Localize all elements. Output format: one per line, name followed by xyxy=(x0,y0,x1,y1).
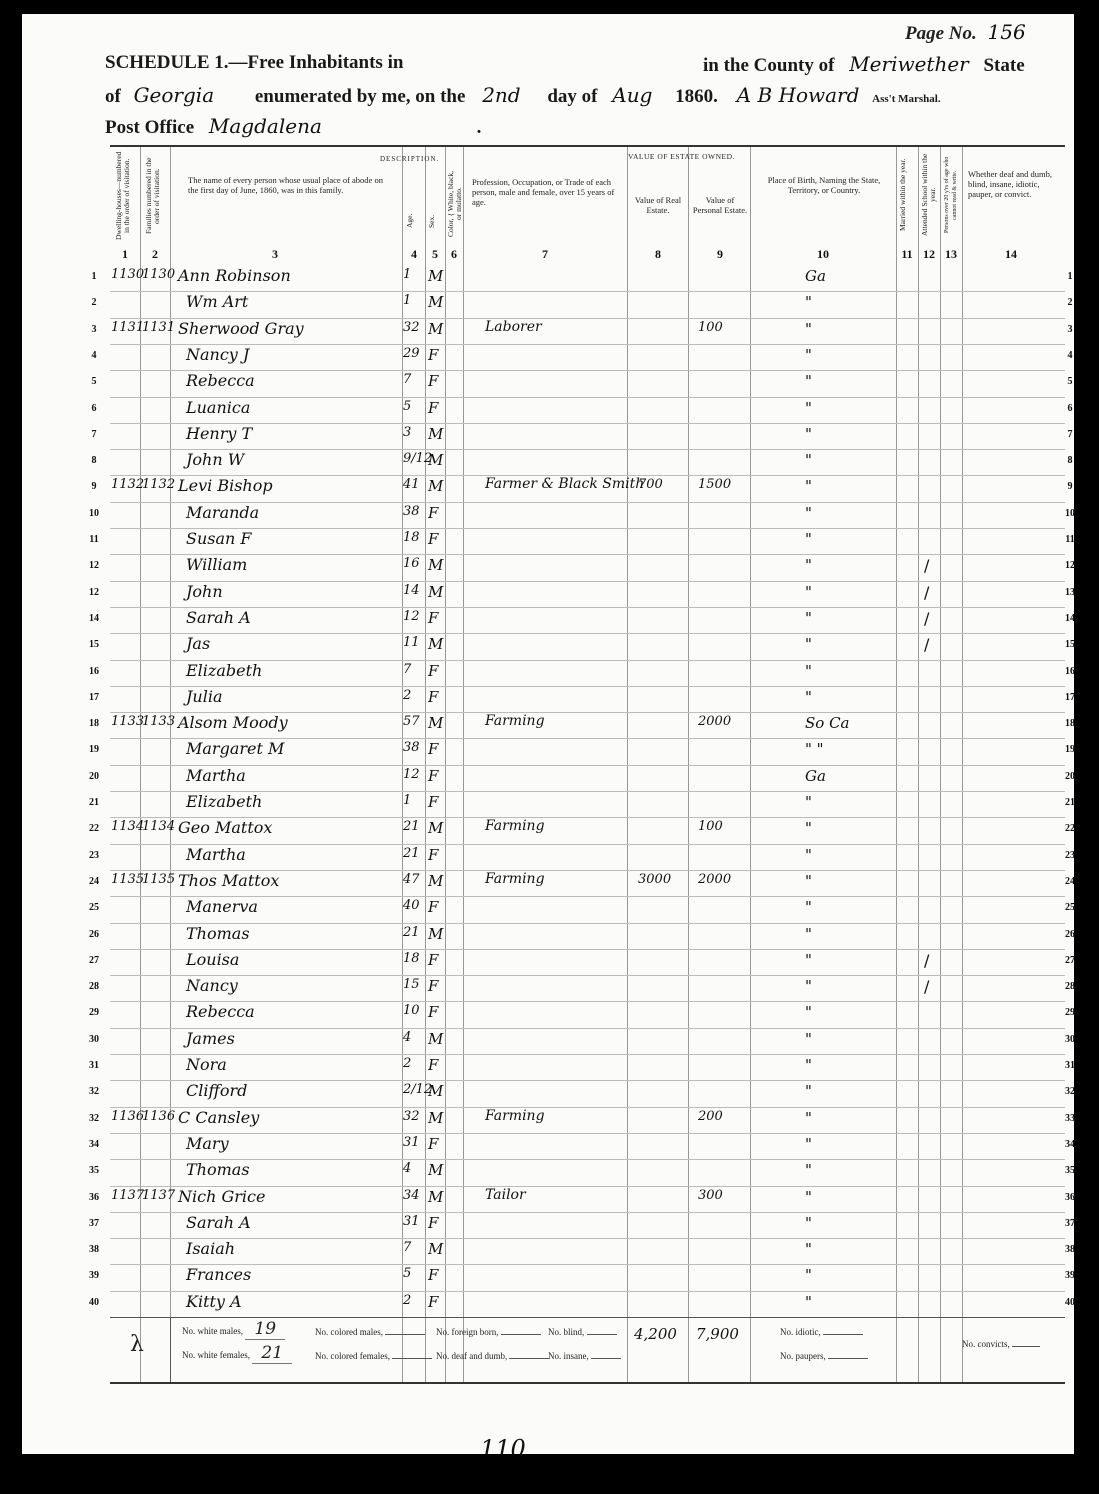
birthplace: " xyxy=(805,1188,812,1206)
idiotic-label: No. idiotic, xyxy=(780,1327,821,1337)
birthplace: " xyxy=(805,504,812,522)
person-sex: M xyxy=(428,1161,443,1179)
person-age: 32 xyxy=(403,1109,420,1124)
row-rule xyxy=(110,1133,1065,1134)
family-number: 1132 xyxy=(142,477,175,492)
person-age: 34 xyxy=(403,1188,420,1203)
row-line-number-right: 36 xyxy=(1060,1192,1080,1203)
row-line-number: 34 xyxy=(84,1139,104,1150)
personal-estate-value: 1500 xyxy=(698,477,731,492)
person-age: 14 xyxy=(403,583,420,598)
row-line-number-right: 22 xyxy=(1060,823,1080,834)
col-number: 9 xyxy=(710,247,730,262)
person-sex: M xyxy=(428,556,443,574)
birthplace: " " xyxy=(805,740,824,758)
col-number: 2 xyxy=(145,247,165,262)
row-line-number: 35 xyxy=(84,1165,104,1176)
post-office-label: Post Office xyxy=(105,117,194,138)
row-line-number: 40 xyxy=(84,1297,104,1308)
row-line-number: 18 xyxy=(84,718,104,729)
row-line-number-right: 33 xyxy=(1060,1113,1080,1124)
person-name: Louisa xyxy=(186,950,239,969)
person-name: Thomas xyxy=(186,1160,250,1179)
row-line-number-right: 28 xyxy=(1060,981,1080,992)
schedule-title: SCHEDULE 1.—Free Inhabitants in xyxy=(105,52,403,74)
person-age: 32 xyxy=(403,320,420,335)
person-sex: F xyxy=(428,898,438,916)
person-name: John xyxy=(186,582,223,601)
row-line-number-right: 12 xyxy=(1060,560,1080,571)
col-header-dwelling: Dwelling-houses—numbered in the order of… xyxy=(115,151,137,241)
row-line-number-right: 17 xyxy=(1060,692,1080,703)
person-sex: F xyxy=(428,346,438,364)
person-sex: M xyxy=(428,320,443,338)
person-age: 3 xyxy=(403,425,411,440)
col-header-birthplace: Place of Birth, Naming the State, Territ… xyxy=(758,175,890,195)
description-title: DESCRIPTION. xyxy=(380,155,439,163)
person-sex: M xyxy=(428,583,443,601)
attended-school-mark: / xyxy=(924,635,929,654)
row-line-number: 36 xyxy=(84,1192,104,1203)
row-line-number-right: 40 xyxy=(1060,1297,1080,1308)
row-line-number: 4 xyxy=(84,350,104,361)
row-line-number-right: 39 xyxy=(1060,1270,1080,1281)
row-line-number-right: 34 xyxy=(1060,1139,1080,1150)
birthplace: " xyxy=(805,451,812,469)
row-rule xyxy=(110,1028,1065,1029)
birthplace: " xyxy=(805,925,812,943)
birthplace: " xyxy=(805,1161,812,1179)
person-sex: F xyxy=(428,740,438,758)
person-name: Martha xyxy=(186,766,246,785)
row-line-number: 12 xyxy=(84,560,104,571)
col-header-disability: Whether deaf and dumb, blind, insane, id… xyxy=(968,169,1058,199)
dwelling-number: 1136 xyxy=(111,1109,144,1124)
row-line-number-right: 20 xyxy=(1060,771,1080,782)
person-age: 7 xyxy=(403,372,411,387)
birthplace: " xyxy=(805,846,812,864)
row-line-number-right: 2 xyxy=(1060,297,1080,308)
row-rule xyxy=(110,923,1065,924)
person-name: Clifford xyxy=(186,1081,247,1100)
person-sex: M xyxy=(428,1082,443,1100)
row-line-number: 14 xyxy=(84,613,104,624)
row-line-number-right: 23 xyxy=(1060,850,1080,861)
row-line-number: 20 xyxy=(84,771,104,782)
row-line-number: 27 xyxy=(84,955,104,966)
post-office-value: Magdalena xyxy=(209,114,322,138)
real-estate-value: 3000 xyxy=(638,872,671,887)
row-rule xyxy=(110,554,1065,555)
birthplace: " xyxy=(805,951,812,969)
person-name: Frances xyxy=(186,1265,251,1284)
row-line-number: 21 xyxy=(84,797,104,808)
summary-rule xyxy=(110,1317,1065,1318)
dwelling-number: 1134 xyxy=(111,819,144,834)
row-line-number-right: 35 xyxy=(1060,1165,1080,1176)
birthplace: " xyxy=(805,293,812,311)
person-age: 15 xyxy=(403,977,420,992)
birthplace: " xyxy=(805,1003,812,1021)
estate-title: VALUE OF ESTATE OWNED. xyxy=(628,152,735,161)
person-name: Elizabeth xyxy=(186,661,262,680)
row-rule xyxy=(110,844,1065,845)
enumeration-line: of Georgia enumerated by me, on the 2nd … xyxy=(105,83,941,108)
family-number: 1131 xyxy=(142,320,175,335)
row-line-number: 9 xyxy=(84,481,104,492)
row-line-number-right: 13 xyxy=(1060,587,1080,598)
state-value: Georgia xyxy=(134,83,215,107)
person-sex: F xyxy=(428,662,438,680)
blind: No. blind, xyxy=(548,1327,617,1337)
person-age: 38 xyxy=(403,740,420,755)
person-occupation: Farmer & Black Smith xyxy=(485,476,644,492)
row-line-number: 32 xyxy=(84,1086,104,1097)
row-rule xyxy=(110,528,1065,529)
birthplace: " xyxy=(805,372,812,390)
col-number: 10 xyxy=(810,247,836,262)
convicts-label: No. convicts, xyxy=(962,1339,1010,1349)
col-number: 3 xyxy=(265,247,285,262)
person-age: 2 xyxy=(403,688,411,703)
month-value: Aug xyxy=(612,83,652,107)
person-sex: M xyxy=(428,477,443,495)
family-number: 1136 xyxy=(142,1109,175,1124)
col-number: 4 xyxy=(404,247,424,262)
person-name: Margaret M xyxy=(186,739,284,758)
row-rule xyxy=(110,1054,1065,1055)
dwelling-number: 1132 xyxy=(111,477,144,492)
row-line-number-right: 27 xyxy=(1060,955,1080,966)
row-line-number-right: 38 xyxy=(1060,1244,1080,1255)
row-line-number: 38 xyxy=(84,1244,104,1255)
birthplace: " xyxy=(805,872,812,890)
birthplace: " xyxy=(805,320,812,338)
birthplace: " xyxy=(805,1293,812,1311)
person-occupation: Laborer xyxy=(485,319,542,335)
row-line-number: 19 xyxy=(84,744,104,755)
col-number: 5 xyxy=(425,247,445,262)
family-number: 1135 xyxy=(142,872,175,887)
birthplace: " xyxy=(805,635,812,653)
blank-line xyxy=(501,1334,541,1335)
enumerated-label: enumerated by me, on the xyxy=(255,86,466,107)
person-sex: F xyxy=(428,530,438,548)
person-name: James xyxy=(186,1029,235,1048)
paupers-label: No. paupers, xyxy=(780,1351,826,1361)
person-occupation: Farming xyxy=(485,713,545,729)
person-sex: F xyxy=(428,688,438,706)
scan-border-top xyxy=(0,0,1099,14)
birthplace: " xyxy=(805,1082,812,1100)
person-age: 4 xyxy=(403,1161,411,1176)
dwelling-number: 1130 xyxy=(111,267,144,282)
family-number: 1133 xyxy=(142,714,175,729)
birthplace: So Ca xyxy=(805,714,850,732)
col-number: 11 xyxy=(896,247,918,262)
family-number: 1137 xyxy=(142,1188,175,1203)
person-age: 2 xyxy=(403,1293,411,1308)
personal-estate-value: 300 xyxy=(698,1188,723,1203)
col-header-real-estate: Value of Real Estate. xyxy=(630,195,686,215)
dwelling-number: 1131 xyxy=(111,320,144,335)
person-sex: F xyxy=(428,504,438,522)
person-name: Nora xyxy=(186,1055,227,1074)
colored-females-label: No. colored females, xyxy=(315,1351,390,1361)
person-sex: M xyxy=(428,451,443,469)
row-line-number-right: 3 xyxy=(1060,324,1080,335)
row-line-number-right: 32 xyxy=(1060,1086,1080,1097)
person-name: Julia xyxy=(186,687,223,706)
row-line-number-right: 19 xyxy=(1060,744,1080,755)
dwelling-number: 1135 xyxy=(111,872,144,887)
day-of-label: day of xyxy=(547,86,597,107)
blank-line xyxy=(587,1334,617,1335)
scan-border-bottom xyxy=(0,1454,1099,1494)
white-males-value: 19 xyxy=(245,1319,285,1340)
white-males: No. white males, 19 xyxy=(182,1319,285,1340)
person-name: Nancy J xyxy=(186,345,249,364)
idiotic: No. idiotic, xyxy=(780,1327,863,1337)
person-name: Mary xyxy=(186,1134,229,1153)
person-age: 18 xyxy=(403,951,420,966)
person-sex: F xyxy=(428,846,438,864)
person-name: Maranda xyxy=(186,503,259,522)
col-number: 7 xyxy=(535,247,555,262)
person-name: Susan F xyxy=(186,529,252,548)
person-name: C Cansley xyxy=(178,1108,259,1127)
person-occupation: Tailor xyxy=(485,1187,526,1203)
blank-line xyxy=(385,1334,425,1335)
person-age: 57 xyxy=(403,714,420,729)
row-line-number-right: 24 xyxy=(1060,876,1080,887)
marshal-title: Ass't Marshal. xyxy=(872,93,940,105)
row-line-number: 22 xyxy=(84,823,104,834)
col-header-color: Color, { White, black, or mulatto. xyxy=(447,169,463,239)
attended-school-mark: / xyxy=(924,583,929,602)
person-sex: F xyxy=(428,793,438,811)
person-age: 7 xyxy=(403,1240,411,1255)
person-age: 21 xyxy=(403,819,420,834)
row-line-number: 12 xyxy=(84,587,104,598)
county-line: in the County of Meriwether State xyxy=(703,52,1025,77)
birthplace: " xyxy=(805,688,812,706)
person-occupation: Farming xyxy=(485,871,545,887)
person-age: 31 xyxy=(403,1135,420,1150)
post-office-dot: . xyxy=(477,117,482,138)
state-label: State xyxy=(983,55,1024,76)
person-sex: M xyxy=(428,635,443,653)
rule xyxy=(170,1317,171,1382)
row-line-number: 16 xyxy=(84,666,104,677)
person-name: Geo Mattox xyxy=(178,818,272,837)
row-rule xyxy=(110,1264,1065,1265)
person-name: Rebecca xyxy=(186,371,255,390)
deaf-dumb: No. deaf and dumb, xyxy=(436,1351,549,1361)
person-name: Sarah A xyxy=(186,1213,251,1232)
white-females-label: No. white females, xyxy=(182,1350,250,1360)
person-age: 29 xyxy=(403,346,420,361)
col-number: 1 xyxy=(115,247,135,262)
birthplace: " xyxy=(805,1266,812,1284)
white-males-label: No. white males, xyxy=(182,1326,243,1336)
row-line-number: 8 xyxy=(84,455,104,466)
white-females-value: 21 xyxy=(252,1343,292,1364)
row-rule xyxy=(110,1212,1065,1213)
person-age: 41 xyxy=(403,477,420,492)
person-sex: F xyxy=(428,399,438,417)
col-header-family: Families numbered in the order of visita… xyxy=(145,151,167,241)
col-header-age: Age. xyxy=(406,202,422,240)
person-name: Elizabeth xyxy=(186,792,262,811)
blank-line xyxy=(1012,1346,1040,1347)
row-line-number: 24 xyxy=(84,876,104,887)
person-age: 1 xyxy=(403,793,411,808)
person-age: 21 xyxy=(403,925,420,940)
family-number: 1134 xyxy=(142,819,175,834)
birthplace: " xyxy=(805,1109,812,1127)
county-value: Meriwether xyxy=(849,52,969,76)
attended-school-mark: / xyxy=(924,556,929,575)
person-name: Thomas xyxy=(186,924,250,943)
row-line-number-right: 18 xyxy=(1060,718,1080,729)
person-sex: F xyxy=(428,1214,438,1232)
person-age: 11 xyxy=(403,635,420,650)
colored-males-label: No. colored males, xyxy=(315,1327,383,1337)
row-line-number: 2 xyxy=(84,297,104,308)
col-number: 14 xyxy=(998,247,1024,262)
row-rule xyxy=(110,397,1065,398)
birthplace: " xyxy=(805,530,812,548)
row-line-number: 30 xyxy=(84,1034,104,1045)
convicts: No. convicts, xyxy=(962,1339,1040,1349)
county-label: in the County of xyxy=(703,55,834,76)
birthplace: " xyxy=(805,1240,812,1258)
person-sex: M xyxy=(428,293,443,311)
person-name: Sherwood Gray xyxy=(178,319,304,338)
foreign-born-label: No. foreign born, xyxy=(436,1327,499,1337)
person-age: 21 xyxy=(403,846,420,861)
row-line-number-right: 4 xyxy=(1060,350,1080,361)
blank-line xyxy=(828,1358,868,1359)
person-age: 10 xyxy=(403,1003,420,1018)
row-line-number-right: 11 xyxy=(1060,534,1080,545)
birthplace: " xyxy=(805,793,812,811)
col-number: 6 xyxy=(444,247,464,262)
birthplace: " xyxy=(805,609,812,627)
person-occupation: Farming xyxy=(485,1108,545,1124)
row-line-number: 17 xyxy=(84,692,104,703)
blind-label: No. blind, xyxy=(548,1327,584,1337)
col-header-school: Attended School within the year. xyxy=(921,151,939,239)
col-header-name: The name of every person whose usual pla… xyxy=(188,175,388,195)
person-age: 18 xyxy=(403,530,420,545)
person-age: 1 xyxy=(403,267,411,282)
birthplace: " xyxy=(805,477,812,495)
row-line-number: 15 xyxy=(84,639,104,650)
insane-label: No. insane, xyxy=(548,1351,589,1361)
person-name: John W xyxy=(186,450,244,469)
personal-estate-value: 2000 xyxy=(698,872,731,887)
scan-border-left xyxy=(0,0,22,1494)
row-line-number-right: 26 xyxy=(1060,929,1080,940)
row-line-number-right: 16 xyxy=(1060,666,1080,677)
person-sex: M xyxy=(428,872,443,890)
row-line-number: 10 xyxy=(84,508,104,519)
person-name: Henry T xyxy=(186,424,252,443)
day-value: 2nd xyxy=(482,83,520,107)
row-line-number-right: 37 xyxy=(1060,1218,1080,1229)
personal-estate-value: 100 xyxy=(698,320,723,335)
deaf-dumb-label: No. deaf and dumb, xyxy=(436,1351,507,1361)
person-age: 47 xyxy=(403,872,420,887)
page-number-value: 156 xyxy=(988,20,1026,44)
row-line-number-right: 7 xyxy=(1060,429,1080,440)
person-name: Nich Grice xyxy=(178,1187,265,1206)
birthplace: " xyxy=(805,556,812,574)
person-sex: F xyxy=(428,372,438,390)
white-females: No. white females, 21 xyxy=(182,1343,292,1364)
person-age: 5 xyxy=(403,1266,411,1281)
row-rule xyxy=(110,975,1065,976)
row-line-number: 1 xyxy=(84,271,104,282)
row-line-number-right: 1 xyxy=(1060,271,1080,282)
person-sex: F xyxy=(428,1056,438,1074)
person-sex: M xyxy=(428,1030,443,1048)
person-sex: M xyxy=(428,925,443,943)
row-line-number-right: 31 xyxy=(1060,1060,1080,1071)
row-line-number-right: 21 xyxy=(1060,797,1080,808)
person-age: 40 xyxy=(403,898,420,913)
row-line-number-right: 30 xyxy=(1060,1034,1080,1045)
row-rule xyxy=(110,581,1065,582)
person-sex: M xyxy=(428,714,443,732)
row-rule xyxy=(110,423,1065,424)
row-rule xyxy=(110,291,1065,292)
paupers: No. paupers, xyxy=(780,1351,868,1361)
row-line-number: 29 xyxy=(84,1007,104,1018)
person-name: Thos Mattox xyxy=(178,871,279,890)
person-name: Manerva xyxy=(186,897,258,916)
person-name: Ann Robinson xyxy=(178,266,291,285)
attended-school-mark: / xyxy=(924,951,929,970)
row-line-number: 25 xyxy=(84,902,104,913)
row-line-number-right: 15 xyxy=(1060,639,1080,650)
birthplace: Ga xyxy=(805,267,826,285)
person-name: Luanica xyxy=(186,398,250,417)
census-table: Dwelling-houses—numbered in the order of… xyxy=(110,145,1065,1384)
row-line-number: 32 xyxy=(84,1113,104,1124)
personal-estate-value: 2000 xyxy=(698,714,731,729)
row-line-number-right: 25 xyxy=(1060,902,1080,913)
row-line-number: 26 xyxy=(84,929,104,940)
row-line-number: 7 xyxy=(84,429,104,440)
birthplace: " xyxy=(805,662,812,680)
row-rule xyxy=(110,1159,1065,1160)
row-line-number: 5 xyxy=(84,376,104,387)
row-rule xyxy=(110,607,1065,608)
col-header-illiterate: Persons over 20 y'rs of age who cannot r… xyxy=(943,151,961,239)
birthplace: " xyxy=(805,1135,812,1153)
person-name: Levi Bishop xyxy=(178,476,273,495)
real-estate-value: 700 xyxy=(638,477,663,492)
person-age: 38 xyxy=(403,504,420,519)
person-name: Rebecca xyxy=(186,1002,255,1021)
row-line-number: 31 xyxy=(84,1060,104,1071)
post-office-line: Post Office Magdalena . xyxy=(105,114,481,139)
person-sex: F xyxy=(428,1135,438,1153)
dwelling-number: 1137 xyxy=(111,1188,144,1203)
